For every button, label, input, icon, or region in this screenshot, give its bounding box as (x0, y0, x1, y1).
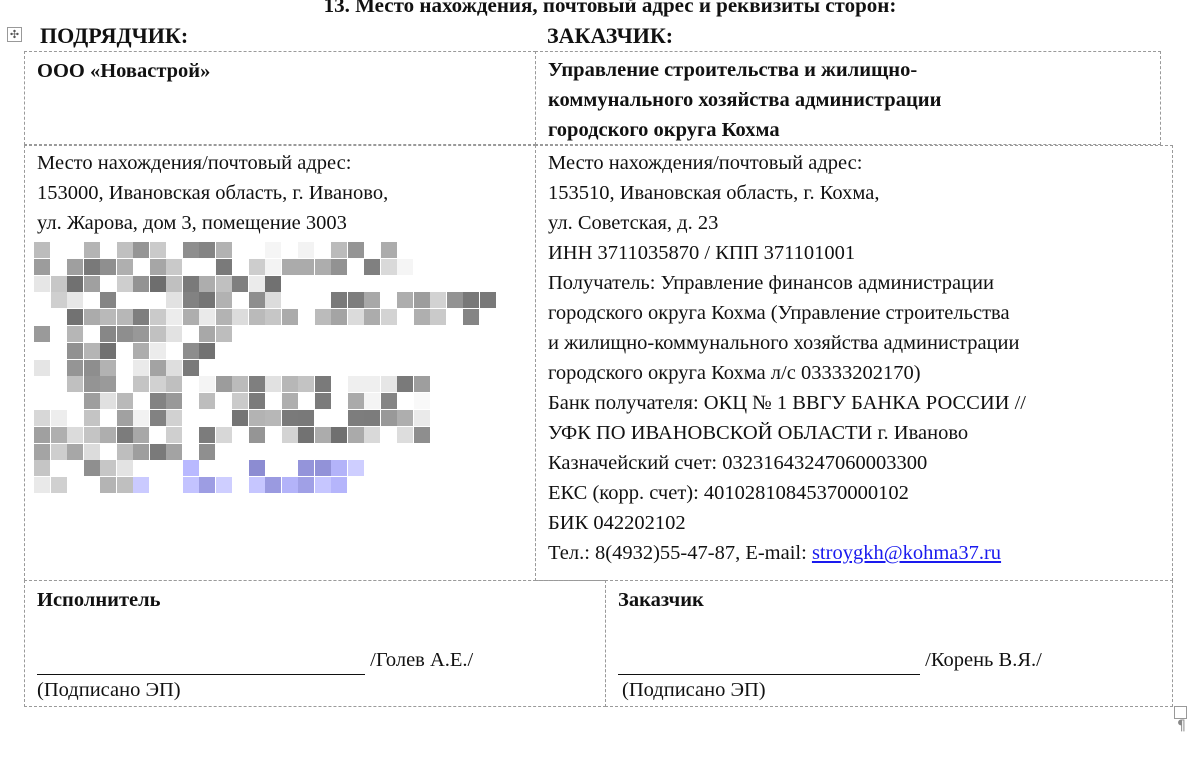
customer-name-cell: Управление строительства и жилищно- комм… (535, 51, 1161, 145)
customer-detail-line: ул. Советская, д. 23 (548, 208, 1172, 238)
customer-detail-line: Место нахождения/почтовый адрес: (548, 148, 1172, 178)
move-cross-icon: ✣ (10, 28, 19, 41)
contractor-name-cell: ООО «Новастрой» (24, 51, 536, 145)
redacted-contractor-details (34, 242, 514, 522)
contractor-heading: ПОДРЯДЧИК: (40, 22, 188, 50)
customer-detail-line: городского округа Кохма (Управление стро… (548, 298, 1172, 328)
customer-signature-label: Заказчик (618, 585, 1172, 615)
customer-heading: ЗАКАЗЧИК: (547, 22, 673, 50)
customer-detail-line: 153510, Ивановская область, г. Кохма, (548, 178, 1172, 208)
customer-treasury-account: Казначейский счет: 03231643247060003300 (548, 448, 1172, 478)
contractor-address-line: 153000, Ивановская область, г. Иваново, (37, 178, 535, 208)
executor-name: /Голев А.Е./ (370, 649, 473, 671)
customer-inn-kpp: ИНН 3711035870 / КПП 371101001 (548, 238, 1172, 268)
customer-detail-line: Получатель: Управление финансов админист… (548, 268, 1172, 298)
contractor-address-line: ул. Жарова, дом 3, помещение 3003 (37, 208, 535, 238)
customer-bank: УФК ПО ИВАНОВСКОЙ ОБЛАСТИ г. Иваново (548, 418, 1172, 448)
customer-name-line: городского округа Кохма (548, 115, 1160, 145)
customer-signature-cell: Заказчик /Корень В.Я./ (Подписано ЭП) (605, 580, 1173, 707)
customer-name-line: коммунального хозяйства администрации (548, 85, 1160, 115)
customer-signed-note: (Подписано ЭП) (618, 675, 1172, 705)
customer-bank: Банк получателя: ОКЦ № 1 ВВГУ БАНКА РОСС… (548, 388, 1172, 418)
section-title: 13. Место нахождения, почтовый адрес и р… (0, 0, 1200, 18)
customer-signature-line (618, 652, 920, 675)
customer-detail-line: городского округа Кохма л/с 03333202170) (548, 358, 1172, 388)
customer-corr-account: ЕКС (корр. счет): 40102810845370000102 (548, 478, 1172, 508)
executor-signed-note: (Подписано ЭП) (37, 675, 605, 705)
contractor-address-line: Место нахождения/почтовый адрес: (37, 148, 535, 178)
executor-signature-line (37, 652, 365, 675)
customer-details-cell: Место нахождения/почтовый адрес: 153510,… (535, 145, 1173, 581)
contractor-name: ООО «Новастрой» (37, 56, 535, 86)
customer-email-link[interactable]: stroygkh@kohma37.ru (812, 542, 1001, 564)
executor-label: Исполнитель (37, 585, 605, 615)
executor-signature-cell: Исполнитель /Голев А.Е./ (Подписано ЭП) (24, 580, 606, 707)
customer-name-line: Управление строительства и жилищно- (548, 55, 1160, 85)
customer-bik: БИК 042202102 (548, 508, 1172, 538)
customer-contact: Тел.: 8(4932)55-47-87, E-mail: stroygkh@… (548, 538, 1172, 568)
customer-phone: Тел.: 8(4932)55-47-87, E-mail: (548, 542, 812, 564)
paragraph-mark-icon: ¶ (1177, 718, 1186, 734)
table-move-handle[interactable]: ✣ (7, 27, 22, 42)
customer-detail-line: и жилищно-коммунального хозяйства админи… (548, 328, 1172, 358)
customer-signer-name: /Корень В.Я./ (925, 649, 1042, 671)
